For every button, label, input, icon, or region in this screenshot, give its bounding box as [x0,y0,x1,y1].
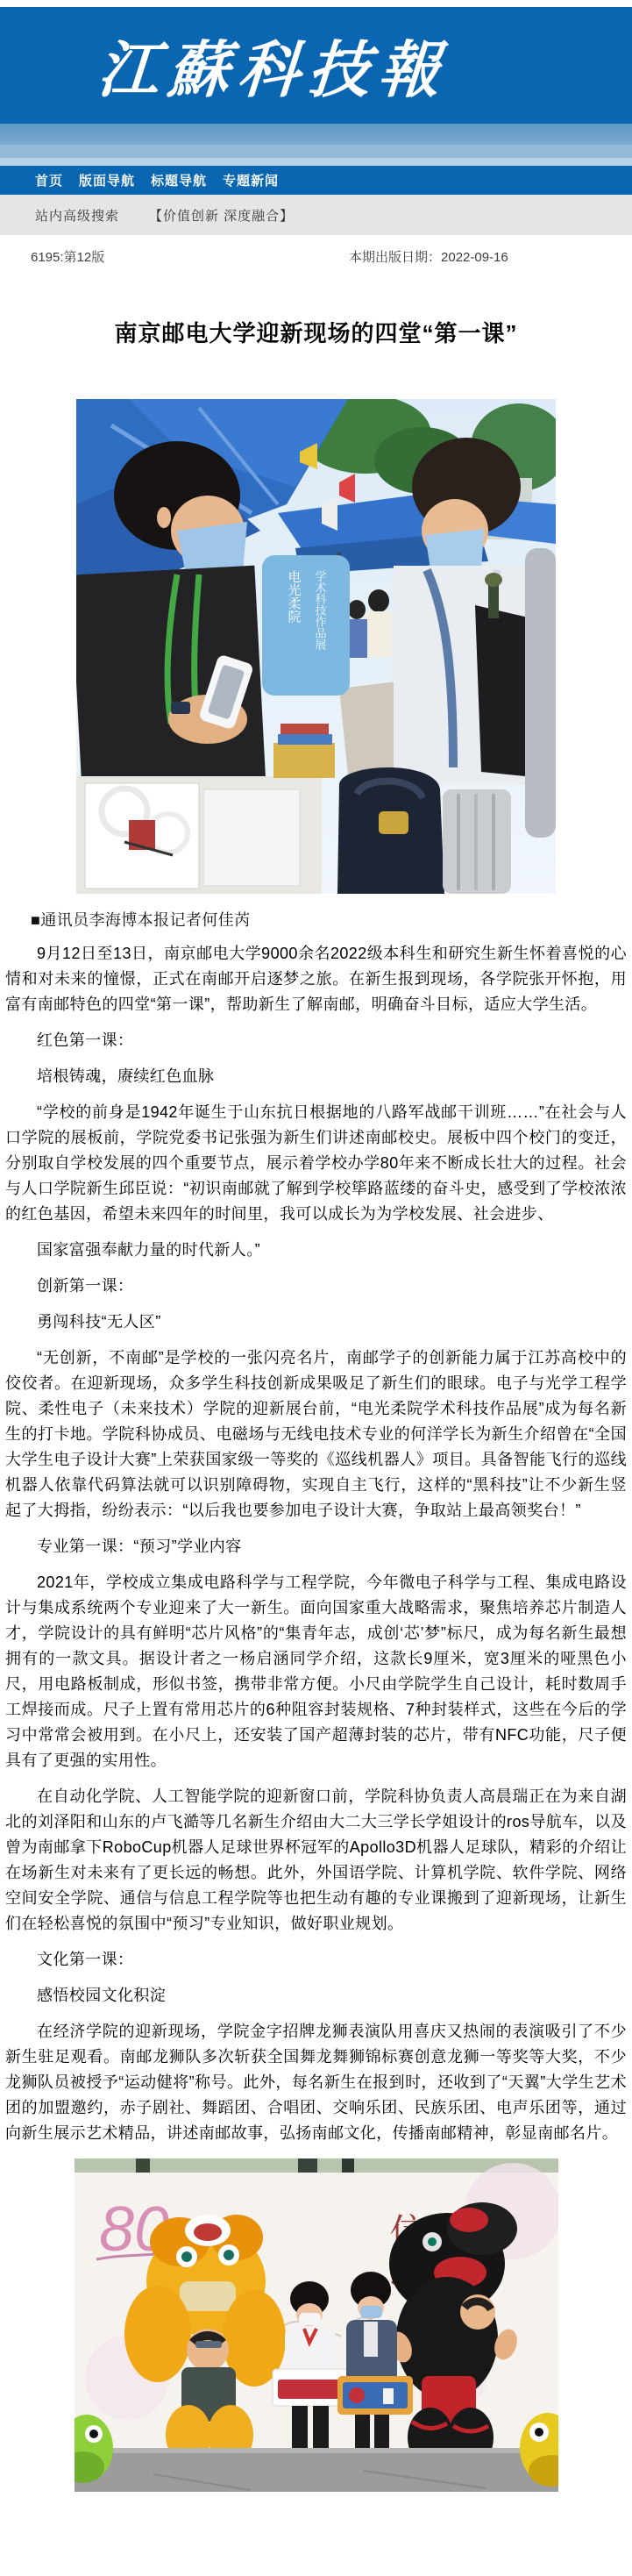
subnav-bar: 站内高级搜索 【价值创新 深度融合】 [0,195,632,235]
issue-info-row: 6195:第12版 本期出版日期：2022-09-16 [0,235,632,275]
article-body: 9月12日至13日，南京邮电大学9000余名2022级本科生和研究生新生怀着喜悦… [0,941,632,2146]
top-white-strip [0,0,632,7]
lion-dance-photo-illustration: 80 经世济民 信达 [75,2159,558,2492]
publish-date-value: 2022-09-16 [441,250,508,265]
edition-number: 6195:第12版 [31,247,104,266]
section-heading: 创新第一课： [5,1274,627,1299]
booth-banner-line1: 电光柔院 [287,569,302,623]
section-heading: 红色第一课： [5,1028,627,1053]
nav-item-page-nav[interactable]: 版面导航 [79,171,135,189]
section-heading: 感悟校园文化积淀 [5,1983,627,2009]
advanced-search-link[interactable]: 站内高级搜索 [35,206,119,225]
article: 南京邮电大学迎新现场的四堂“第一课” [0,316,632,2492]
booth-photo-illustration: 电光柔院 学术科技作品展 [76,399,556,894]
nav-item-special-news[interactable]: 专题新闻 [223,171,279,189]
newspaper-title: 江蘇科技報 [95,21,451,110]
section-heading: 文化第一课： [5,1947,627,1973]
body-paragraph: “无创新，不南邮”是学校的一张闪亮名片，南邮学子的创新能力属于江苏高校中的佼佼者… [5,1345,627,1523]
body-paragraph: 在经济学院的迎新现场，学院金字招牌龙狮表演队用喜庆又热闹的表演吸引了不少新生驻足… [5,2019,627,2146]
slogan-link[interactable]: 【价值创新 深度融合】 [149,206,294,225]
body-paragraph: “学校的前身是1942年诞生于山东抗日根据地的八路军战邮干训班……”在社会与人口… [5,1100,627,1227]
booth-banner-line2: 学术科技作品展 [314,570,327,650]
body-paragraph: 国家富强奉献力量的时代新人。” [5,1238,627,1263]
body-paragraph: 在自动化学院、人工智能学院的迎新窗口前，学院科协负责人高晨瑞正在为来自湖北的刘泽… [5,1784,627,1937]
header: 江蘇科技報 首页 版面导航 标题导航 专题新闻 站内高级搜索 【价值创新 深度融… [0,7,632,275]
publish-date: 本期出版日期：2022-09-16 [349,247,508,266]
nav-item-home[interactable]: 首页 [35,171,63,189]
body-paragraph: 2021年，学校成立集成电路科学与工程学院，今年微电子科学与工程、集成电路设计与… [5,1570,627,1773]
masthead-stripe-1 [0,124,632,145]
article-photo-booth: 电光柔院 学术科技作品展 [76,399,556,894]
masthead-stripe-3 [0,158,632,166]
section-heading: 培根铸魂，赓续红色血脉 [5,1064,627,1089]
section-heading: 勇闯科技“无人区” [5,1309,627,1335]
nav-item-title-nav[interactable]: 标题导航 [151,171,207,189]
article-byline: ■通讯员李海博本报记者何佳芮 [31,908,632,931]
article-photo-lion-dance: 80 经世济民 信达 [75,2159,558,2492]
article-title: 南京邮电大学迎新现场的四堂“第一课” [0,316,632,348]
masthead: 江蘇科技報 [0,7,632,124]
section-heading: 专业第一课：“预习”学业内容 [5,1534,627,1559]
main-nav: 首页 版面导航 标题导航 专题新闻 [0,166,632,195]
page: 江蘇科技報 首页 版面导航 标题导航 专题新闻 站内高级搜索 【价值创新 深度融… [0,0,632,2576]
body-paragraph: 9月12日至13日，南京邮电大学9000余名2022级本科生和研究生新生怀着喜悦… [5,941,627,1017]
publish-date-label: 本期出版日期： [349,250,441,265]
masthead-stripe-2 [0,145,632,158]
